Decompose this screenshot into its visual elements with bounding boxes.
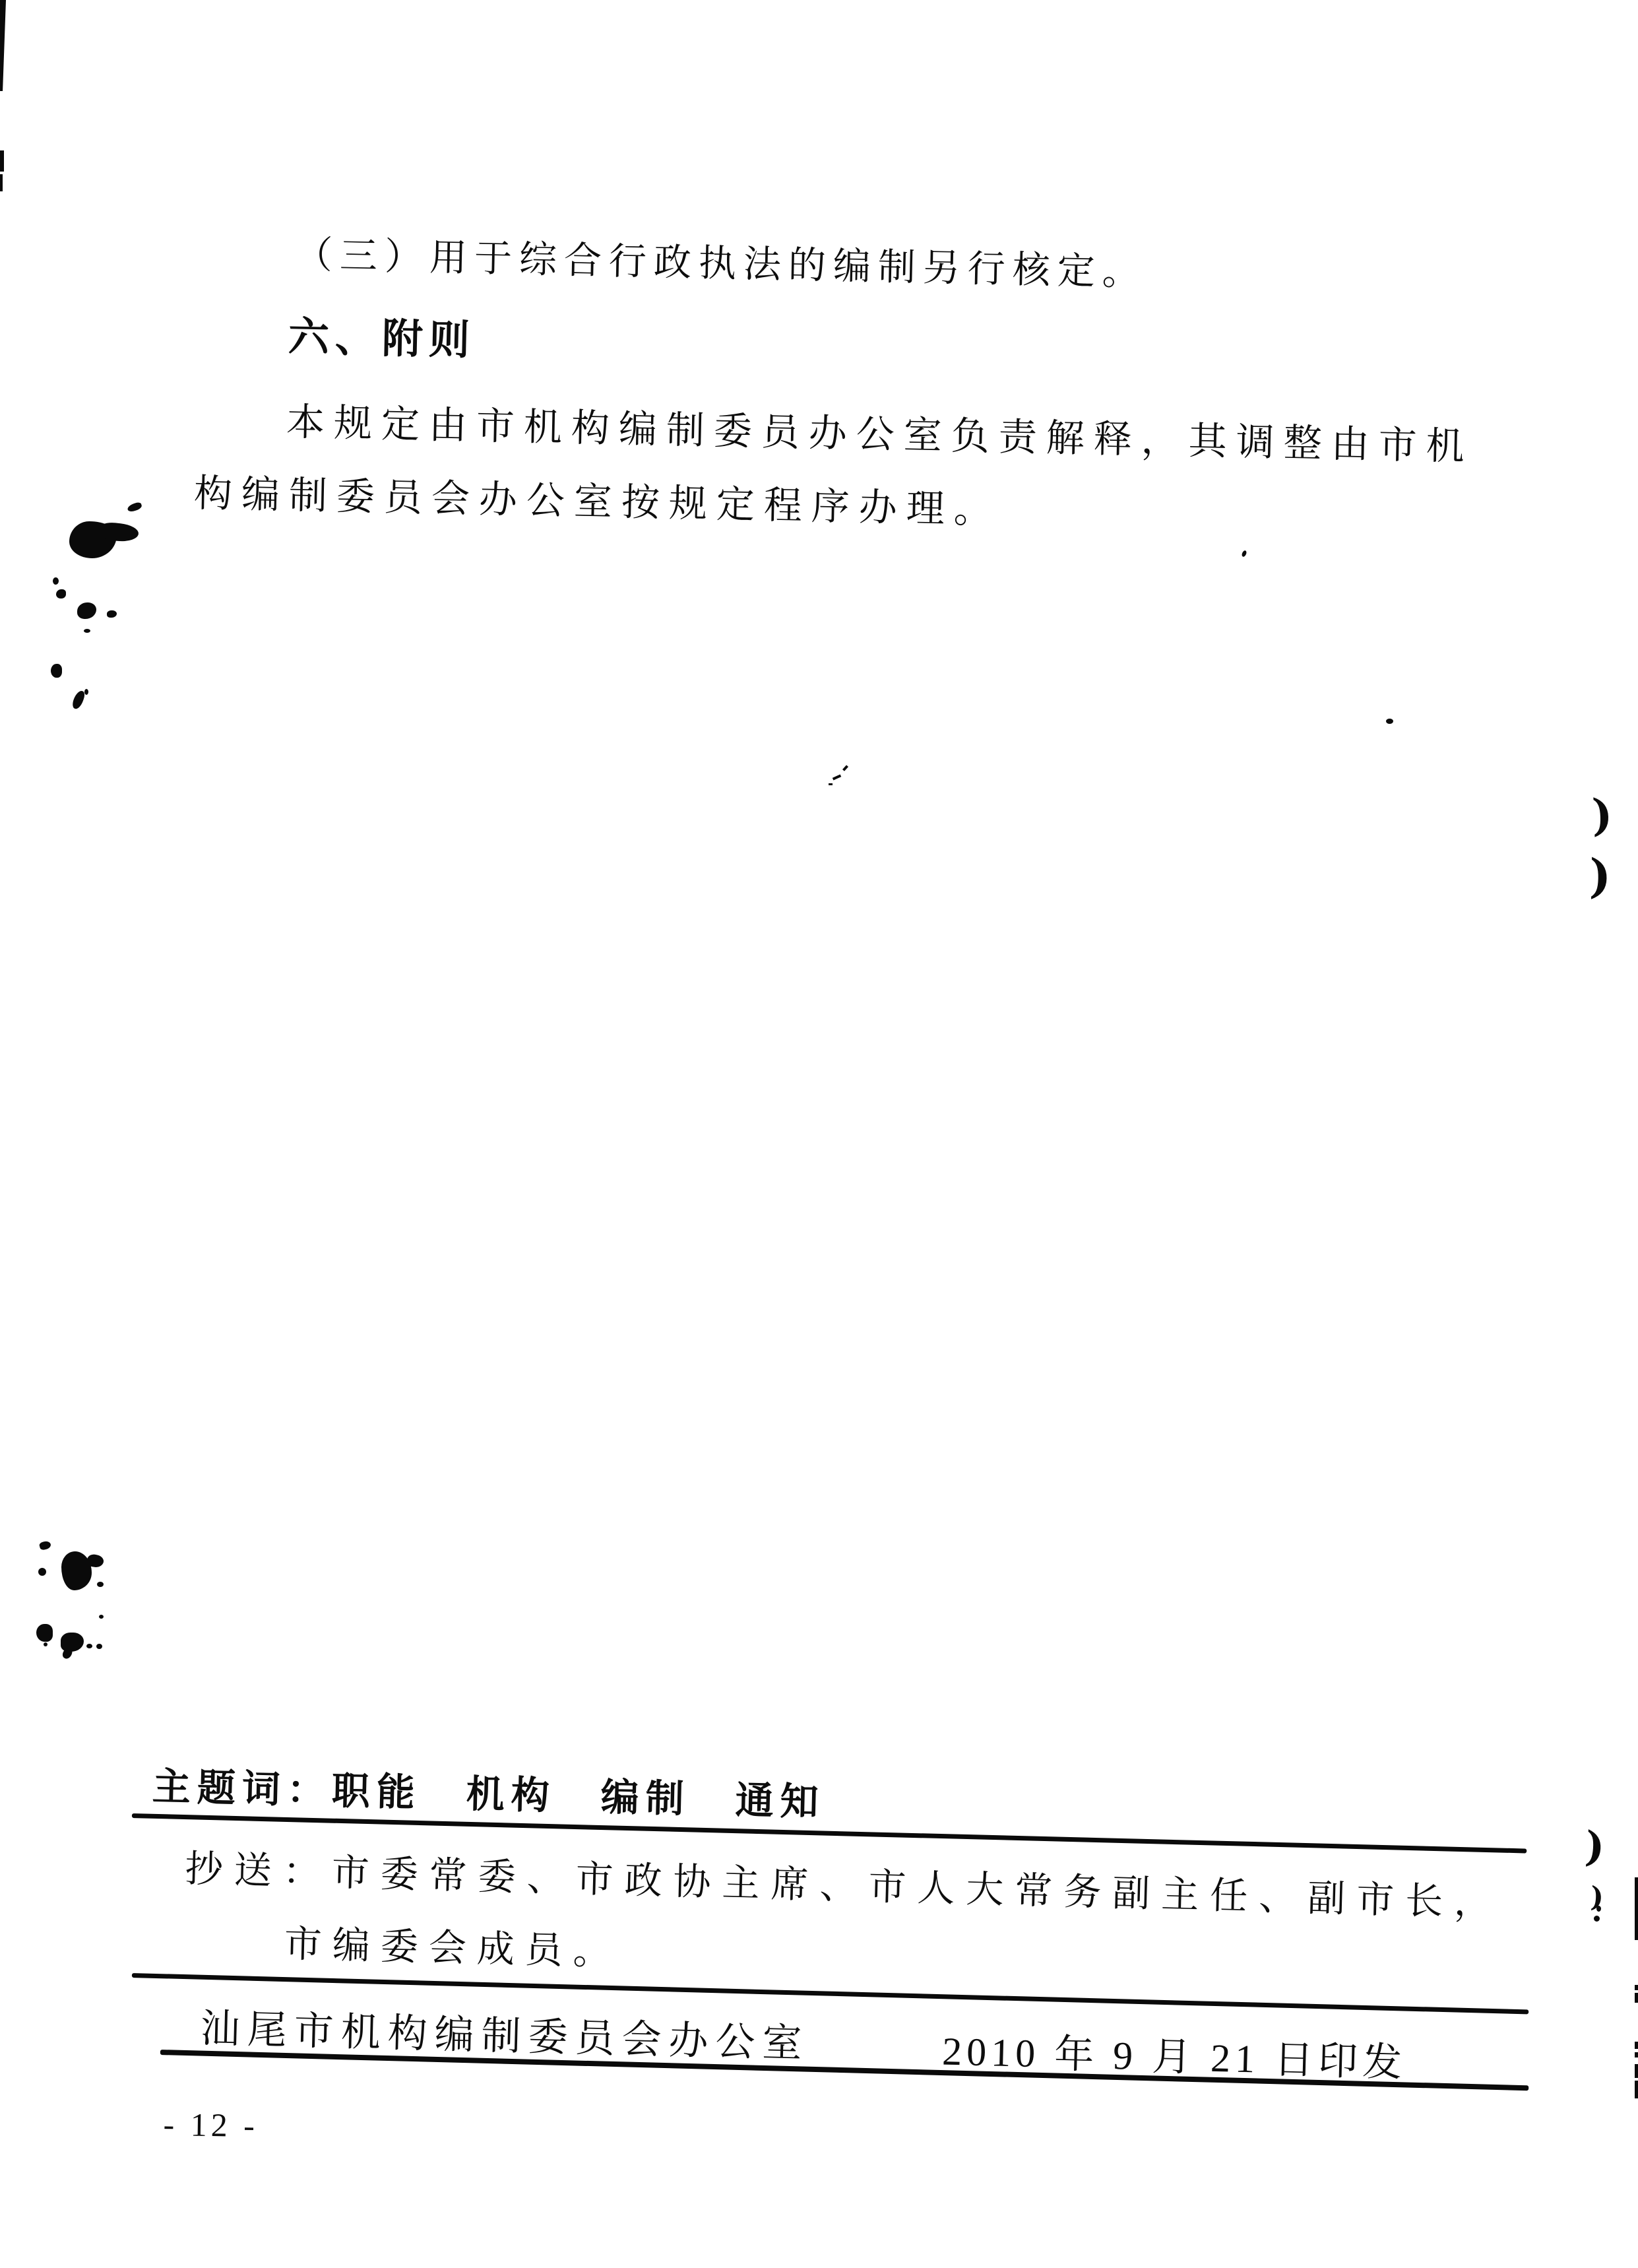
- ink-speck-icon: [84, 689, 88, 695]
- pen-slash-icon: [829, 783, 833, 785]
- ink-speck-icon: [44, 1642, 47, 1646]
- ink-speck-icon: [1594, 1916, 1600, 1922]
- scan-edge-mark-icon: [1635, 2081, 1638, 2098]
- paragraph-line-1: 本规定由市机构编制委员办公室负责解释，其调整由市机: [286, 391, 1474, 471]
- pen-curve-mark-icon: ): [1589, 849, 1612, 904]
- ink-speck-icon: [51, 664, 62, 678]
- colophon-row: 汕尾市机构编制委员会办公室 2010 年 9 月 21 日印发: [200, 1997, 1527, 2087]
- ink-speck-icon: [38, 1568, 46, 1576]
- scan-edge-mark-icon: [0, 174, 3, 191]
- cc-row-2: 市编委会成员。: [284, 1914, 622, 1976]
- ink-speck-icon: [77, 602, 96, 619]
- cc-list-line1: 市委常委、市政协主席、市人大常务副主任、副市长，: [331, 1852, 1503, 1924]
- scan-edge-mark-icon: [0, 150, 4, 172]
- scan-edge-mark-icon: [1635, 1985, 1638, 1990]
- ink-blot-icon: [39, 1540, 52, 1551]
- scanned-document-page: （三）用于综合行政执法的编制另行核定。 六、附则 本规定由市机构编制委员办公室负…: [0, 0, 1638, 2268]
- ink-speck-icon: [1596, 1906, 1601, 1912]
- ink-speck-icon: [96, 1644, 102, 1649]
- ink-blot-icon: [127, 502, 142, 513]
- pen-slash-icon: [833, 774, 841, 780]
- ink-speck-icon: [86, 1644, 92, 1648]
- ink-speck-icon: [107, 610, 117, 618]
- pen-slash-icon: [842, 765, 848, 771]
- ink-blot-icon: [36, 1624, 53, 1642]
- ink-speck-icon: [99, 1615, 104, 1619]
- pen-curve-mark-icon: ): [1583, 1822, 1606, 1871]
- cc-label: 抄送：: [185, 1848, 332, 1894]
- clause-item-three: （三）用于综合行政执法的编制另行核定。: [294, 224, 1147, 296]
- section-heading: 六、附则: [288, 304, 476, 366]
- page-number: - 12 -: [163, 2105, 259, 2145]
- pen-curve-mark-icon: ): [1591, 789, 1614, 841]
- scan-edge-mark-icon: [1635, 2064, 1638, 2078]
- subject-terms: 职能 机构 编制 通知: [331, 1769, 825, 1824]
- scan-edge-mark-icon: [0, 0, 6, 91]
- ink-speck-icon: [97, 1582, 104, 1587]
- ink-speck-icon: [53, 577, 59, 585]
- ink-speck-icon: [1386, 719, 1393, 724]
- scan-edge-mark-icon: [1635, 2052, 1638, 2057]
- scan-edge-mark-icon: [1635, 1877, 1638, 1940]
- ink-speck-icon: [56, 589, 66, 599]
- scan-edge-mark-icon: [1635, 1993, 1638, 2003]
- subject-label: 主题词：: [152, 1765, 332, 1812]
- scan-edge-mark-icon: [1635, 2042, 1638, 2049]
- paragraph-line-2: 构编制委员会办公室按规定程序办理。: [193, 462, 1002, 535]
- ink-speck-icon: [84, 629, 90, 633]
- ink-speck-icon: [1241, 550, 1247, 558]
- cc-row-1: 抄送：市委常委、市政协主席、市人大常务副主任、副市长，: [185, 1838, 1503, 1927]
